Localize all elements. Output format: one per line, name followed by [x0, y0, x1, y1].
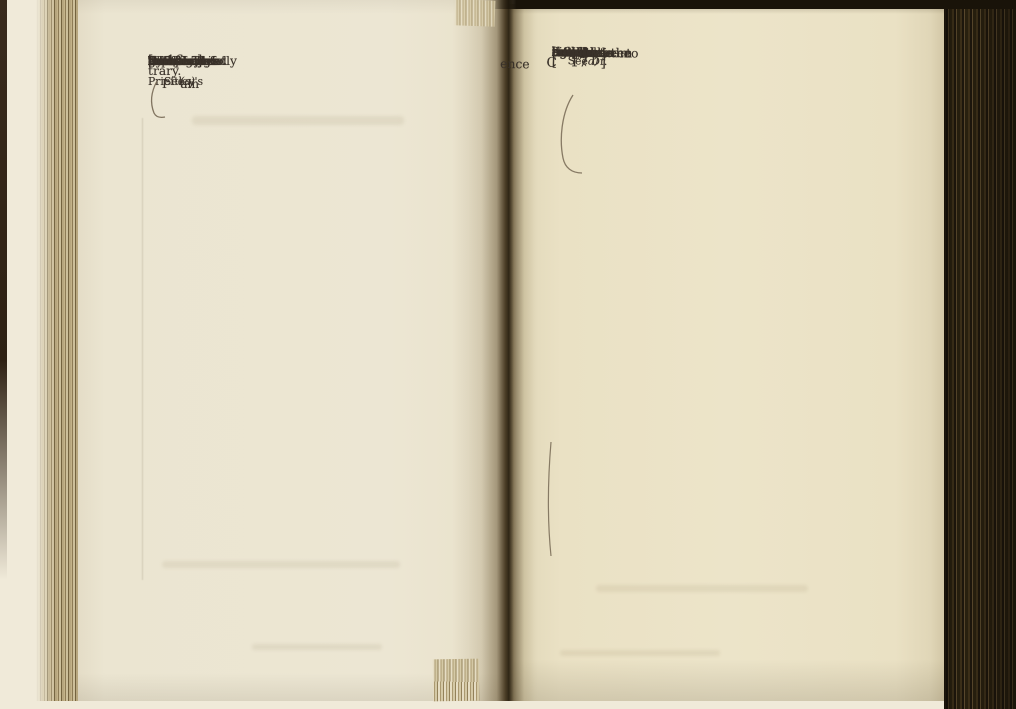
left-page-catchword: trary. [148, 62, 193, 80]
ink-bleedthrough [162, 561, 400, 568]
text-line: (a) See Dr. Prieſtley on Government, pag… [552, 53, 623, 69]
book-gutter-shadow [452, 0, 538, 701]
left-cover-edge [0, 0, 7, 580]
right-page-catchword: ence [500, 55, 530, 74]
top-shadow-band [490, 0, 1016, 9]
ink-bleedthrough [252, 644, 382, 650]
signature-mark: C [546, 53, 557, 73]
ink-bleedthrough [596, 585, 808, 592]
right-page-paper [508, 4, 948, 701]
right-page-edges [944, 0, 1016, 709]
ink-bleedthrough [560, 650, 720, 656]
left-page-edges [36, 0, 78, 701]
open-book-scan: [ 16 ] their ſakes government is inſtitu… [0, 0, 1016, 709]
gutter-bottom-page-edges [433, 659, 480, 702]
ink-bleedthrough [192, 116, 404, 125]
left-page-paper [74, 0, 512, 701]
left-page-crease [142, 118, 143, 580]
gutter-top-page-edges [455, 0, 496, 27]
